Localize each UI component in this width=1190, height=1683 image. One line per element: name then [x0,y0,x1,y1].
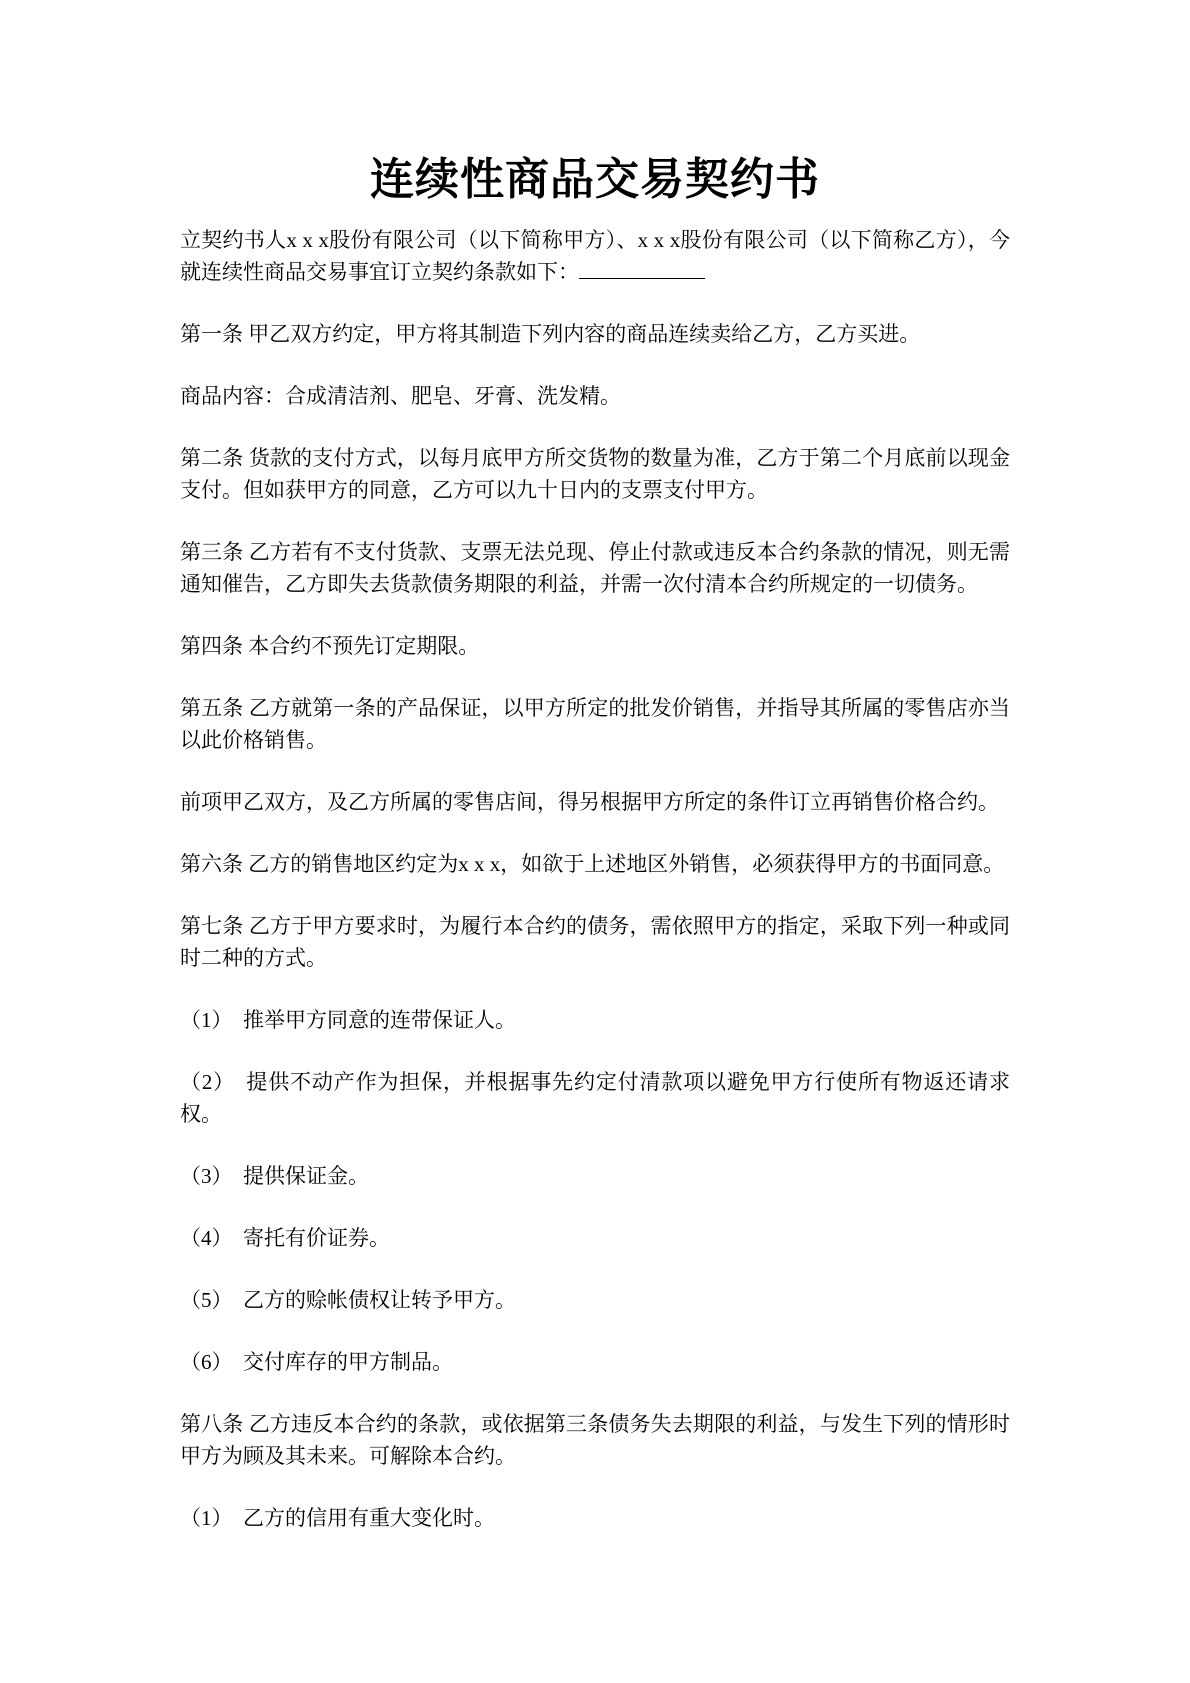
clause-8: 第八条 乙方违反本合约的条款，或依据第三条债务失去期限的利益，与发生下列的情形时… [180,1408,1010,1472]
clause-7-item-3: （3） 提供保证金。 [180,1160,1010,1192]
clause-5-addendum: 前项甲乙双方，及乙方所属的零售店间，得另根据甲方所定的条件订立再销售价格合约。 [180,786,1010,818]
document-title: 连续性商品交易契约书 [180,152,1010,208]
clause-7-item-1: （1） 推举甲方同意的连带保证人。 [180,1004,1010,1036]
fill-in-blank-line [579,257,705,279]
clause-2: 第二条 货款的支付方式，以每月底甲方所交货物的数量为准，乙方于第二个月底前以现金… [180,442,1010,506]
clause-3: 第三条 乙方若有不支付货款、支票无法兑现、停止付款或违反本合约条款的情况，则无需… [180,536,1010,600]
clause-7-item-2: （2） 提供不动产作为担保，并根据事先约定付清款项以避免甲方行使所有物返还请求权… [180,1066,1010,1130]
clause-7-item-5: （5） 乙方的赊帐债权让转予甲方。 [180,1284,1010,1316]
clause-7: 第七条 乙方于甲方要求时，为履行本合约的债务，需依照甲方的指定，采取下列一种或同… [180,910,1010,974]
clause-7-item-4: （4） 寄托有价证券。 [180,1222,1010,1254]
goods-content: 商品内容：合成清洁剂、肥皂、牙膏、洗发精。 [180,380,1010,412]
clause-6: 第六条 乙方的销售地区约定为x x x，如欲于上述地区外销售，必须获得甲方的书面… [180,848,1010,880]
contract-page: 连续性商品交易契约书 立契约书人x x x股份有限公司（以下简称甲方）、x x … [0,0,1190,1683]
clause-4: 第四条 本合约不预先订定期限。 [180,630,1010,662]
intro-paragraph: 立契约书人x x x股份有限公司（以下简称甲方）、x x x股份有限公司（以下简… [180,224,1010,288]
clause-8-item-1: （1） 乙方的信用有重大变化时。 [180,1502,1010,1534]
clause-7-item-6: （6） 交付库存的甲方制品。 [180,1346,1010,1378]
clause-5: 第五条 乙方就第一条的产品保证，以甲方所定的批发价销售，并指导其所属的零售店亦当… [180,692,1010,756]
clause-1: 第一条 甲乙双方约定，甲方将其制造下列内容的商品连续卖给乙方，乙方买进。 [180,318,1010,350]
